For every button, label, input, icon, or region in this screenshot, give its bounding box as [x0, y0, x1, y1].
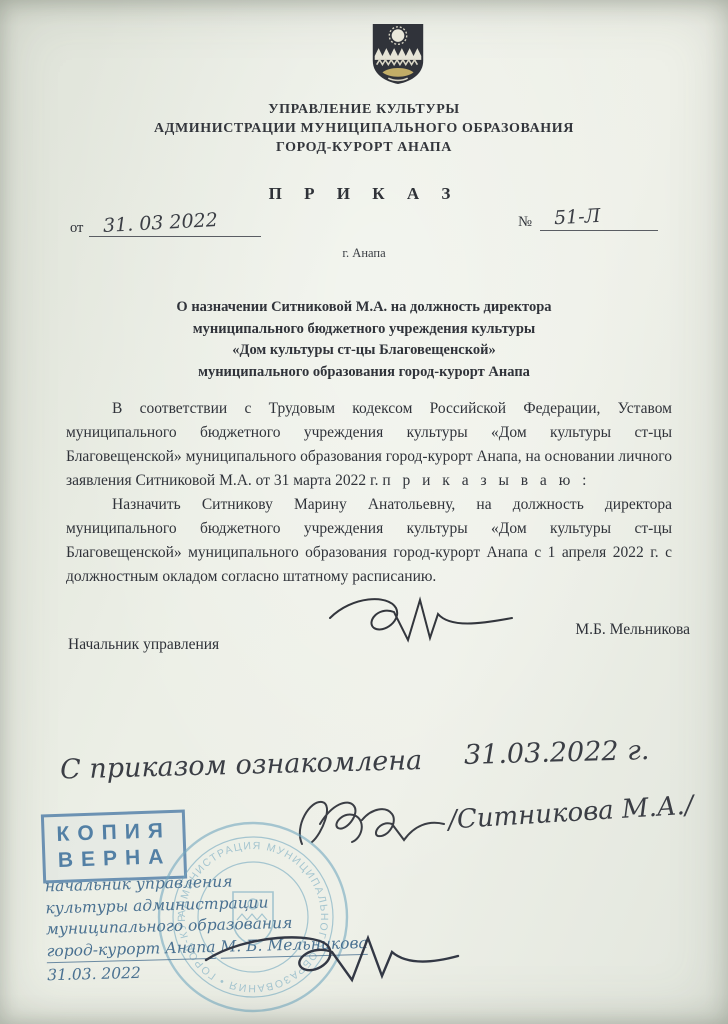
order-command: п р и к а з ы в а ю :: [382, 472, 590, 489]
order-title-line: муниципального образования город-курорт …: [64, 362, 664, 384]
org-line: АДМИНИСТРАЦИИ МУНИЦИПАЛЬНОГО ОБРАЗОВАНИЯ: [0, 119, 728, 138]
certification-signature-icon: [196, 930, 464, 990]
acknowledgment-line: С приказом ознакомлена31.03.2022 г.: [60, 737, 711, 785]
date-label: от: [70, 220, 83, 237]
org-header: УПРАВЛЕНИЕ КУЛЬТУРЫ АДМИНИСТРАЦИИ МУНИЦИ…: [0, 100, 728, 157]
handwritten-date: 31. 03 2022: [103, 209, 219, 237]
city-line: г. Анапа: [0, 246, 728, 261]
order-title-line: О назначении Ситниковой М.А. на должност…: [64, 297, 664, 319]
certification-date: 31.03. 2022: [47, 963, 141, 987]
number-label: №: [518, 214, 532, 230]
handwritten-number: 51-Л: [553, 205, 601, 229]
number-underline: 51-Л: [540, 206, 658, 231]
org-line: ГОРОД-КУРОРТ АНАПА: [0, 138, 728, 157]
order-title: О назначении Ситниковой М.А. на должност…: [64, 297, 664, 383]
order-title-line: «Дом культуры ст-цы Благовещенской»: [64, 340, 664, 362]
date-field: от31. 03 2022: [70, 212, 261, 237]
org-line: УПРАВЛЕНИЕ КУЛЬТУРЫ: [0, 100, 728, 119]
anapa-coat-of-arms-icon: [367, 22, 429, 86]
acknowledgment-name: /Ситникова М.А./: [447, 791, 694, 836]
number-field: №51-Л: [518, 206, 658, 231]
paragraph-resolution: Назначить Ситникову Марину Анатольевну, …: [66, 493, 672, 589]
document-page: УПРАВЛЕНИЕ КУЛЬТУРЫ АДМИНИСТРАЦИИ МУНИЦИ…: [0, 0, 728, 1024]
certification-line: город-курорт Анапа: [46, 936, 215, 963]
order-title-line: муниципального бюджетного учреждения кул…: [64, 319, 664, 341]
paragraph-preamble: В соответствии с Трудовым кодексом Росси…: [66, 397, 672, 493]
date-underline: 31. 03 2022: [89, 212, 261, 237]
acknowledgment-date: 31.03.2022 г.: [464, 735, 650, 771]
acknowledgment-text: С приказом ознакомлена: [60, 745, 423, 785]
order-body: В соответствии с Трудовым кодексом Росси…: [66, 397, 672, 589]
signer-name: М.Б. Мельникова: [0, 621, 690, 639]
meta-row: от31. 03 2022 №51-Л: [70, 206, 670, 250]
doc-type-title: П Р И К А З: [0, 184, 728, 204]
